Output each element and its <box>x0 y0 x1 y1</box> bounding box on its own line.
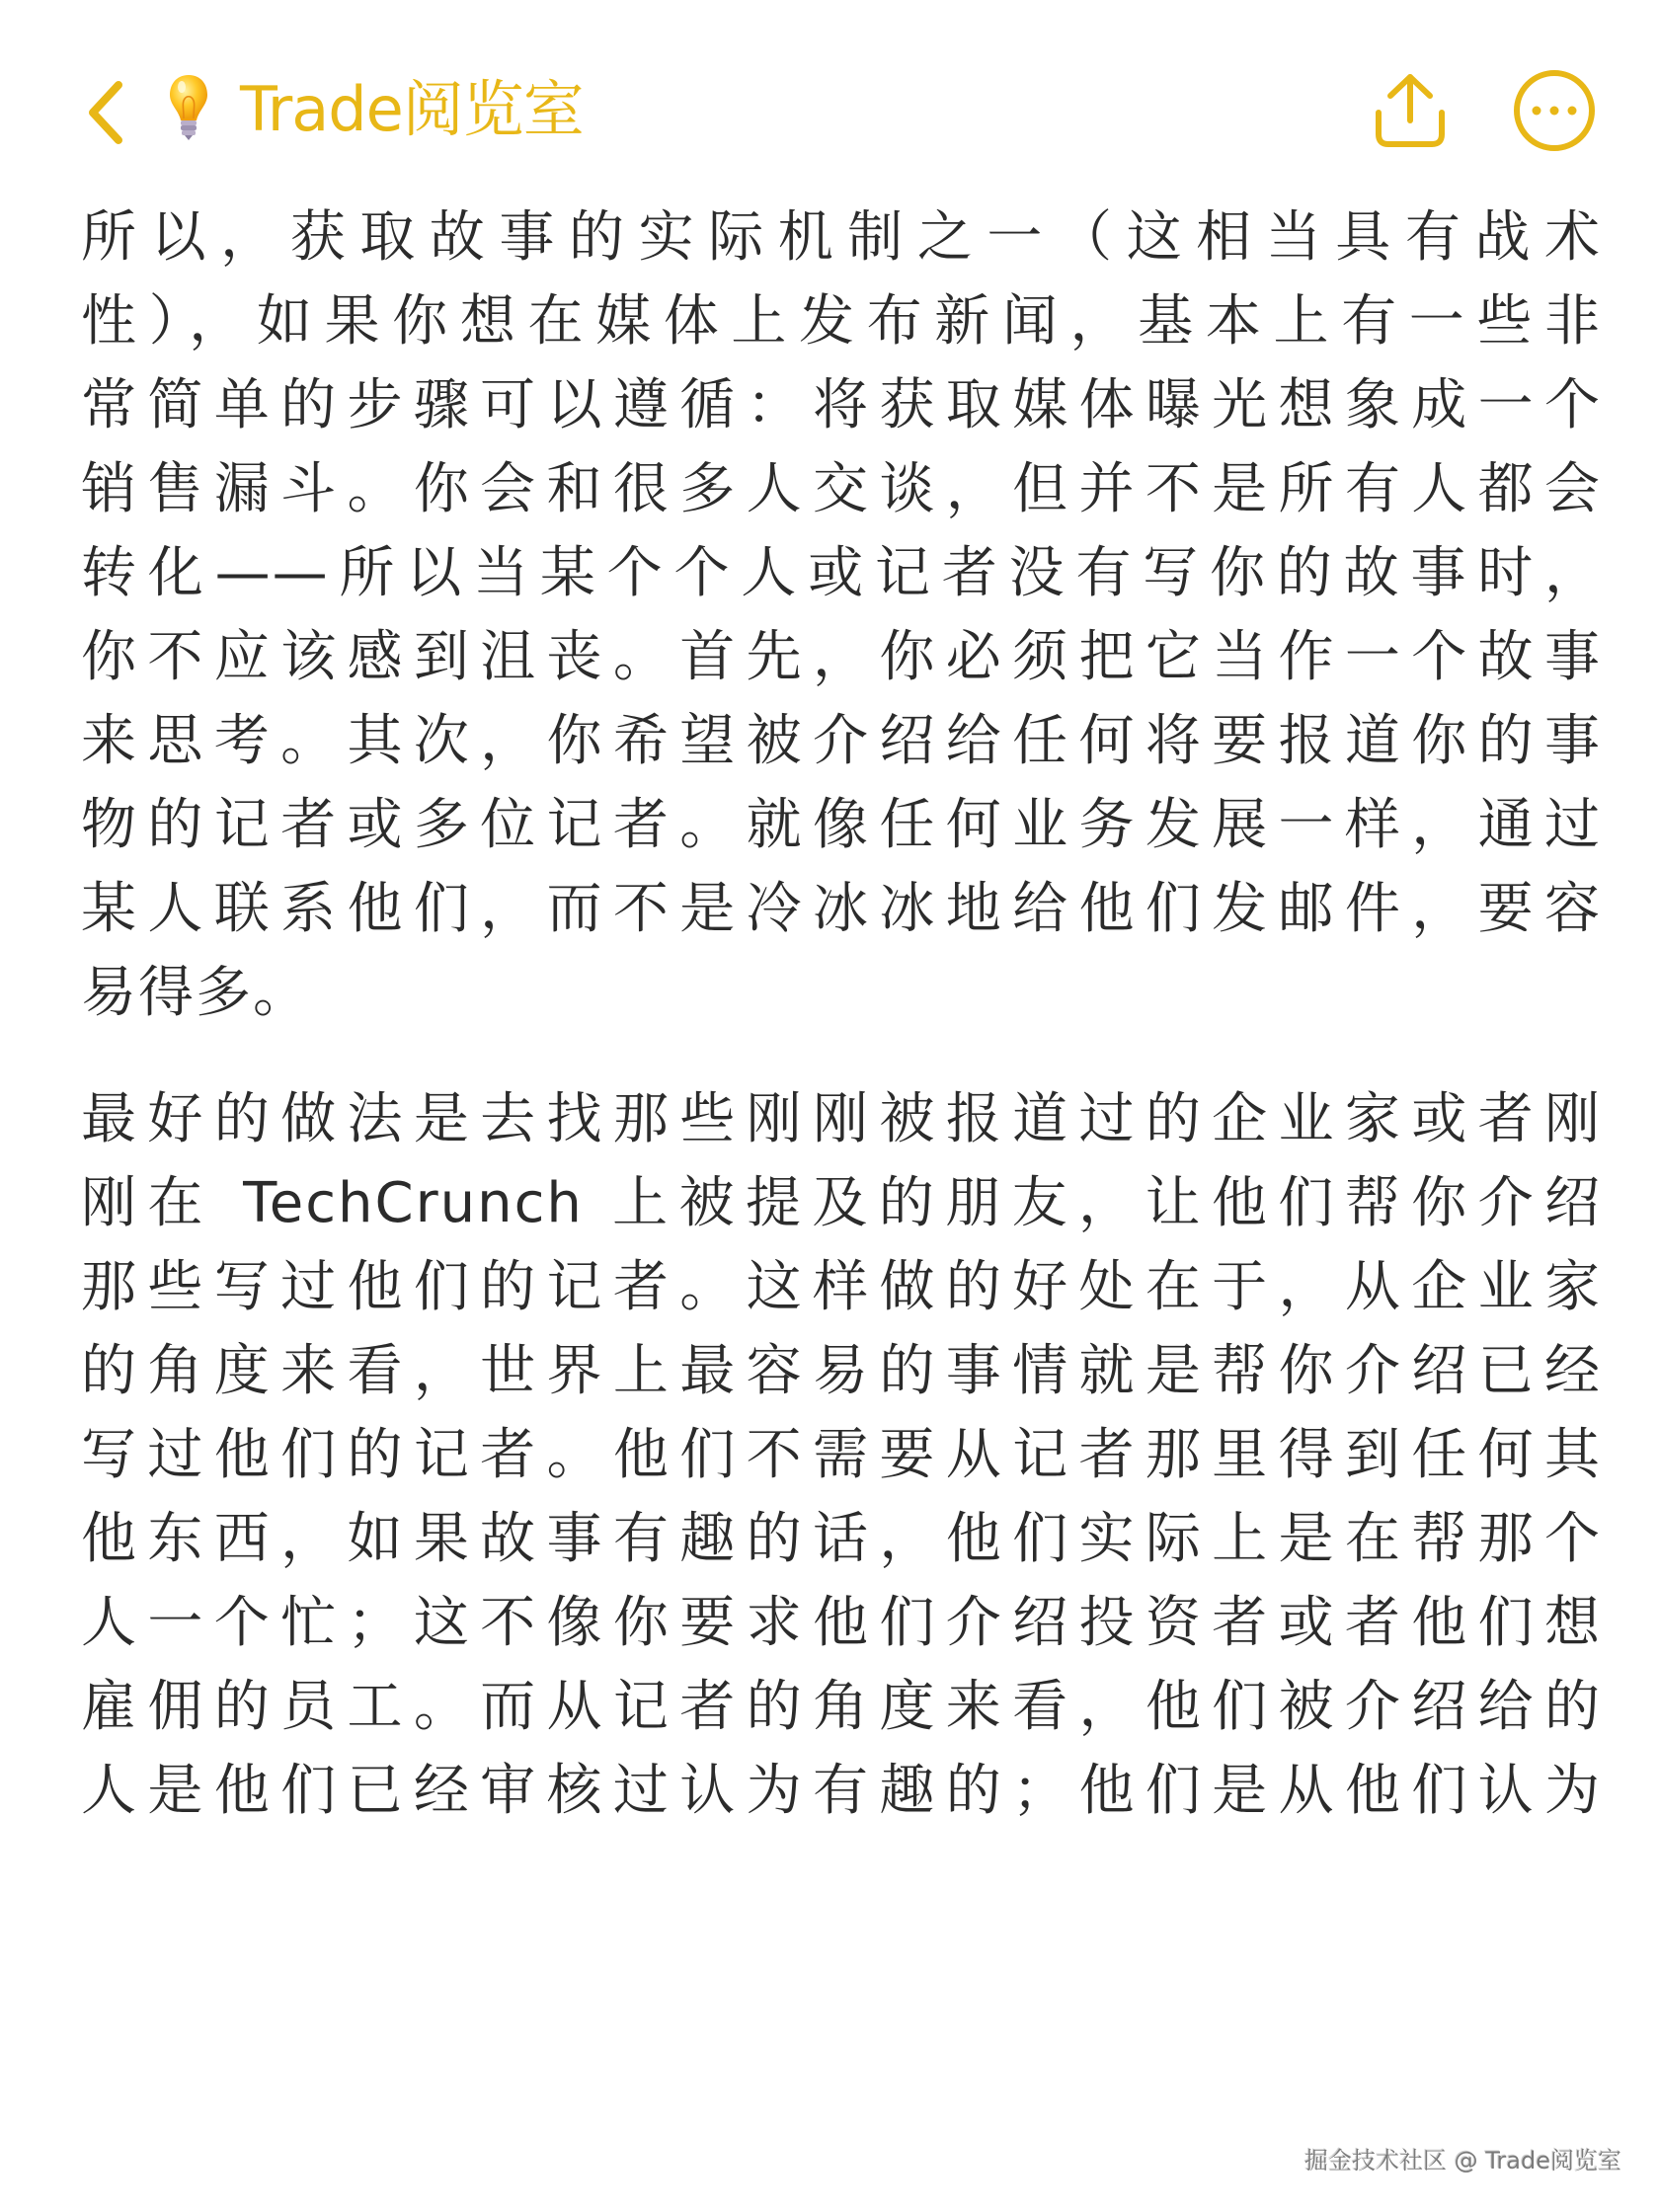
text-line: 物的记者或多位记者。就像任何业务发展一样，通过 <box>81 783 1602 867</box>
paragraph-2: 最好的做法是去找那些刚刚被报道过的企业家或者刚 刚在 TechCrunch 上被… <box>81 1077 1602 1833</box>
share-upload-icon <box>1369 69 1452 152</box>
text-line: 性），如果你想在媒体上发布新闻，基本上有一些非 <box>81 279 1602 363</box>
top-nav-bar: Trade阅览室 <box>0 0 1659 188</box>
article-body: 所以，获取故事的实际机制之一（这相当具有战术 性），如果你想在媒体上发布新闻，基… <box>81 196 1602 1875</box>
text-line: 最好的做法是去找那些刚刚被报道过的企业家或者刚 <box>81 1077 1602 1161</box>
text-line: 易得多。 <box>81 951 1602 1035</box>
text-line: 那些写过他们的记者。这样做的好处在于，从企业家 <box>81 1245 1602 1329</box>
text-line: 人一个忙；这不像你要求他们介绍投资者或者他们想 <box>81 1581 1602 1665</box>
text-line: 的角度来看，世界上最容易的事情就是帮你介绍已经 <box>81 1329 1602 1413</box>
paragraph-1: 所以，获取故事的实际机制之一（这相当具有战术 性），如果你想在媒体上发布新闻，基… <box>81 196 1602 1035</box>
text-line: 所以，获取故事的实际机制之一（这相当具有战术 <box>81 196 1602 279</box>
text-line: 人是他们已经审核过认为有趣的；他们是从他们认为 <box>81 1749 1602 1833</box>
watermark: 掘金技术社区 @ Trade阅览室 <box>1304 2141 1621 2175</box>
text-line: 他东西，如果故事有趣的话，他们实际上是在帮那个 <box>81 1497 1602 1581</box>
text-line: 销售漏斗。你会和很多人交谈，但并不是所有人都会 <box>81 447 1602 531</box>
lightbulb-icon <box>168 73 209 142</box>
more-options-button[interactable] <box>1511 67 1598 154</box>
back-button[interactable] <box>77 71 136 150</box>
more-circle-icon <box>1511 67 1598 154</box>
chevron-left-icon <box>77 71 136 150</box>
text-line: 常简单的步骤可以遵循：将获取媒体曝光想象成一个 <box>81 363 1602 447</box>
text-line: 你不应该感到沮丧。首先，你必须把它当作一个故事 <box>81 615 1602 699</box>
share-button[interactable] <box>1369 69 1452 152</box>
text-line: 来思考。其次，你希望被介绍给任何将要报道你的事 <box>81 699 1602 783</box>
app-title: Trade阅览室 <box>240 65 584 154</box>
text-line: 某人联系他们，而不是冷冰冰地给他们发邮件，要容 <box>81 867 1602 951</box>
text-line: 转化——所以当某个个人或记者没有写你的故事时， <box>81 531 1602 615</box>
text-line: 雇佣的员工。而从记者的角度来看，他们被介绍给的 <box>81 1665 1602 1749</box>
text-line: 写过他们的记者。他们不需要从记者那里得到任何其 <box>81 1413 1602 1497</box>
text-line: 刚在 TechCrunch 上被提及的朋友，让他们帮你介绍 <box>81 1161 1602 1245</box>
